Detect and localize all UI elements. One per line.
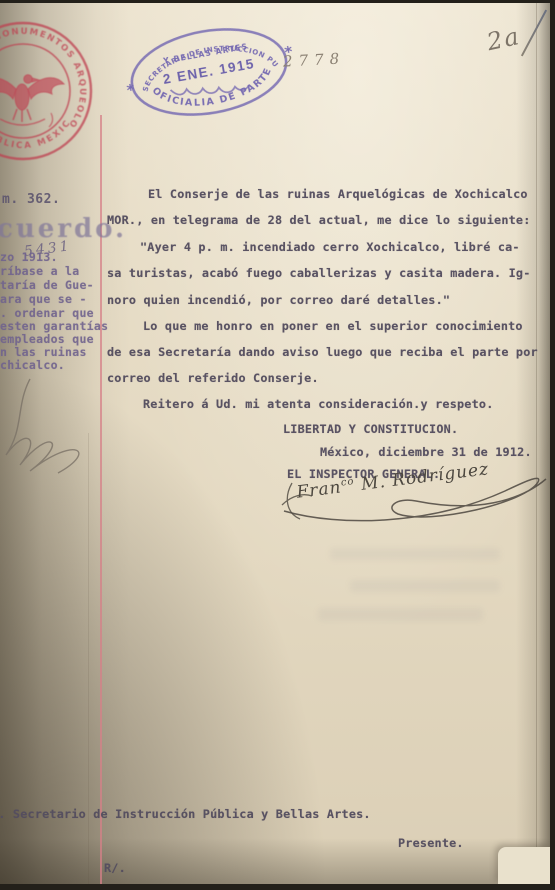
margin-note-line: n las ruinas (0, 345, 87, 359)
body-line: correo del referido Conserje. (107, 371, 319, 385)
margin-note-line: empleados que (0, 332, 94, 346)
presente-line: Presente. (398, 836, 464, 850)
red-official-seal: N DE MONUMENTOS ARQUEOLOGICOS PUBLICA ME… (0, 17, 96, 165)
photographed-document: N DE MONUMENTOS ARQUEOLOGICOS PUBLICA ME… (0, 0, 555, 890)
bleed-through-smudge (350, 580, 500, 592)
addressee-line: C. Secretario de Instrucción Pública y B… (0, 807, 371, 821)
body-line: El Conserje de las ruinas Arquelógicas d… (148, 187, 528, 201)
body-line: Lo que me honro en poner en el superior … (143, 319, 523, 333)
body-line: noro quien incendió, por correo daré det… (107, 293, 450, 307)
svg-text:N DE MONUMENTOS ARQUEOLOGICOS: N DE MONUMENTOS ARQUEOLOGICOS (0, 17, 87, 130)
margin-note-line: ríbase a la (0, 264, 79, 278)
page-fold-line (536, 3, 537, 884)
letter-paper: N DE MONUMENTOS ARQUEOLOGICOS PUBLICA ME… (0, 3, 550, 884)
margin-file-number: m. 362. (2, 192, 60, 207)
dateline: México, diciembre 31 de 1912. (320, 445, 532, 459)
margin-note-line: . ordenar que (0, 306, 94, 320)
ink-signature: Franco M. Rodríguez (280, 461, 550, 531)
bleed-through-smudge (318, 608, 483, 621)
reception-date-stamp: SECRETARIA DE INSTRUCCION PUBLICA Y BELL… (110, 4, 308, 140)
handwritten-corner-mark: 2a (484, 22, 523, 56)
pencil-rubric-signature (0, 375, 112, 481)
body-line: "Ayer 4 p. m. incendiado cerro Xochicalc… (140, 240, 520, 254)
margin-note-line: ara que se - (0, 292, 87, 306)
body-line: de esa Secretaría dando aviso luego que … (107, 345, 538, 359)
body-line: MOR., en telegrama de 28 del actual, me … (107, 213, 531, 227)
pencil-stroke (521, 10, 547, 57)
motto-line: LIBERTAD Y CONSTITUCION. (283, 422, 458, 436)
eagle-emblem (0, 75, 64, 127)
margin-note-line: taría de Gue- (0, 278, 94, 292)
reference-mark: R/. (104, 861, 126, 875)
seal-arc-top-text: N DE MONUMENTOS ARQUEOLOGICOS (0, 17, 87, 130)
bleed-through-smudge (330, 548, 500, 560)
body-line: sa turistas, acabó fuego caballerizas y … (107, 266, 531, 280)
margin-note-line: chicalco. (0, 358, 65, 372)
stamp-star-left: * (125, 80, 136, 99)
handwritten-folio-number: 2778 (283, 49, 346, 70)
signature-name-superscript: co (340, 476, 355, 489)
margin-note-line: zo 1913. (0, 250, 58, 264)
underlying-page-corner (498, 847, 550, 884)
margin-note-line: esten garantías (0, 319, 108, 333)
body-line: Reitero á Ud. mi atenta consideración.y … (143, 397, 494, 411)
